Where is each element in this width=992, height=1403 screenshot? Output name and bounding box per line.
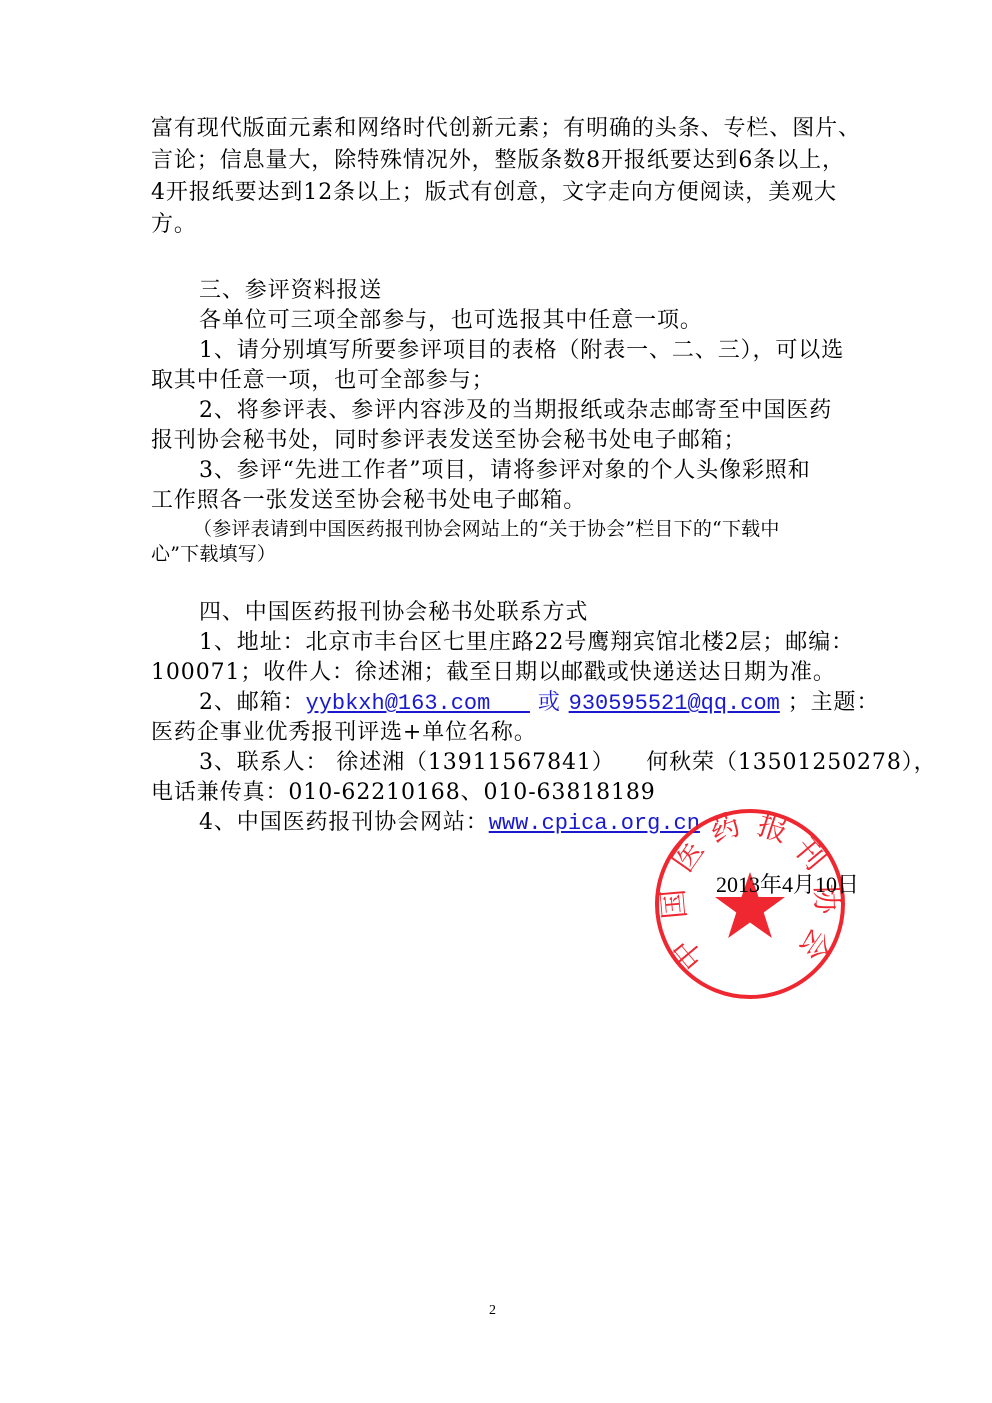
email-link-qq[interactable]: 930595521@qq.com bbox=[569, 691, 780, 716]
section3-intro: 各单位可三项全部参与，也可选报其中任意一项。 bbox=[199, 308, 899, 334]
paragraph-line: 4开报纸要达到12条以上；版式有创意，文字走向方便阅读，美观大 bbox=[151, 180, 851, 206]
page-number: 2 bbox=[489, 1303, 496, 1319]
email-link-163[interactable]: yybkxh@163.com bbox=[306, 691, 530, 716]
website-label: 4、中国医药报刊协会网站： bbox=[199, 810, 489, 835]
email-subject-label: ；主题： bbox=[780, 690, 880, 715]
svg-text:医: 医 bbox=[665, 834, 711, 879]
section3-heading: 三、参评资料报送 bbox=[199, 278, 899, 304]
contact-person-1: 徐述湘（13911567841） bbox=[328, 750, 614, 775]
svg-text:会: 会 bbox=[792, 921, 838, 966]
email-line: 2、邮箱：yybkxh@163.com 或 930595521@qq.com ；… bbox=[199, 690, 899, 717]
svg-text:中: 中 bbox=[665, 931, 711, 976]
contact-line: 3、联系人： 徐述湘（13911567841） 何秋荣（13501250278）… bbox=[199, 750, 899, 776]
section3-note-line1: （参评表请到中国医药报刊协会网站上的“关于协会”栏目下的“下载中 bbox=[193, 517, 893, 541]
svg-text:报: 报 bbox=[753, 807, 792, 850]
address-line1: 1、地址：北京市丰台区七里庄路22号鹰翔宾馆北楼2层；邮编： bbox=[199, 630, 899, 656]
phone-fax: 电话兼传真：010-62210168、010-63818189 bbox=[151, 780, 851, 806]
section3-item2-line2: 报刊协会秘书处，同时参评表发送至协会秘书处电子邮箱； bbox=[151, 428, 851, 454]
email-separator: 或 bbox=[530, 690, 569, 715]
paragraph-line: 言论；信息量大，除特殊情况外，整版条数8开报纸要达到6条以上， bbox=[151, 148, 851, 174]
paragraph-line: 富有现代版面元素和网络时代创新元素；有明确的头条、专栏、图片、 bbox=[151, 116, 851, 142]
section3-item3-line2: 工作照各一张发送至协会秘书处电子邮箱。 bbox=[151, 488, 851, 514]
email-subject: 医药企事业优秀报刊评选+单位名称。 bbox=[151, 720, 851, 746]
section3-item1-line2: 取其中任意一项，也可全部参与； bbox=[151, 368, 851, 394]
document-page: 富有现代版面元素和网络时代创新元素；有明确的头条、专栏、图片、 言论；信息量大，… bbox=[0, 0, 992, 1403]
paragraph-line: 方。 bbox=[151, 212, 851, 238]
section3-item1-line1: 1、请分别填写所要参评项目的表格（附表一、二、三），可以选 bbox=[199, 338, 899, 364]
section3-note-line2: 心”下载填写） bbox=[151, 542, 851, 566]
document-date: 2013年4月10日 bbox=[716, 872, 859, 898]
section3-item2-line1: 2、将参评表、参评内容涉及的当期报纸或杂志邮寄至中国医药 bbox=[199, 398, 899, 424]
contact-label: 3、联系人： bbox=[199, 750, 328, 775]
section4-heading: 四、中国医药报刊协会秘书处联系方式 bbox=[199, 600, 899, 626]
contact-person-2: 何秋荣（13501250278）， bbox=[615, 750, 937, 775]
address-line2: 100071；收件人：徐述湘；截至日期以邮戳或快递送达日期为准。 bbox=[151, 660, 851, 686]
official-seal-icon: 中 国 医 药 报 刊 协 会 bbox=[650, 804, 850, 1004]
email-label: 2、邮箱： bbox=[199, 690, 306, 715]
svg-text:刊: 刊 bbox=[787, 832, 833, 877]
section3-item3-line1: 3、参评“先进工作者”项目，请将参评对象的个人头像彩照和 bbox=[199, 458, 899, 484]
svg-text:国: 国 bbox=[656, 887, 693, 920]
